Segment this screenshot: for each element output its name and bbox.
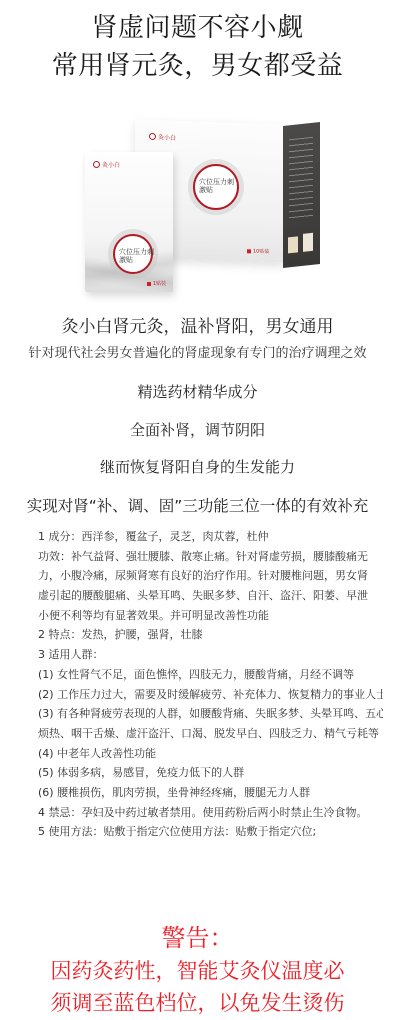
headline-line-2: 常用肾元灸，男女都受益 xyxy=(0,50,395,82)
spec-line: 力，小腹冷痛，尿频肾寒有良好的治疗作用。针对腰椎问题，男女肾 xyxy=(38,566,383,586)
box-seal-badge: 穴位压力刺激贴 xyxy=(193,164,239,210)
pouch-count-tag: 1贴装 xyxy=(147,280,166,287)
spec-line: (5) 体弱多病，易感冒，免疫力低下的人群 xyxy=(38,763,383,783)
product-specs: 1 成分：西洋参，覆盆子，灵芝，肉苁蓉，杜仲 功效：补气益肾、强壮腰膝、散寒止痛… xyxy=(38,527,383,842)
brand-logo-icon: 灸小白 xyxy=(149,132,176,142)
spec-line: 1 成分：西洋参，覆盆子，灵芝，肉苁蓉，杜仲 xyxy=(38,527,383,547)
product-box-side xyxy=(283,122,320,268)
intro-title: 灸小白肾元灸，温补肾阳，男女通用 xyxy=(0,312,395,337)
warning-title: 警告： xyxy=(0,918,395,953)
feature-line: 继而恢复肾阳自身的生发能力 xyxy=(0,456,395,477)
spec-line: (3) 有各种肾疲劳表现的人群，如腰酸背痛、失眠多梦、头晕耳鸣、五心 xyxy=(38,704,383,724)
headline-line-1: 肾虚问题不容小觑 xyxy=(0,12,395,44)
spec-line: (2) 工作压力过大，需要及时缓解疲劳、补充体力、恢复精力的事业人士 xyxy=(38,685,383,705)
box-count-tag: 10贴装 xyxy=(247,247,269,255)
feature-line: 实现对肾“补、调、固”三功能三位一体的有效补充 xyxy=(0,494,395,516)
warning-text-line-1: 因药灸药性，智能艾灸仪温度必 xyxy=(0,955,395,985)
spec-line: 小便不利等均有显著效果。并可明显改善性功能 xyxy=(38,606,383,626)
spec-line: 4 禁忌：孕妇及中药过敏者禁用。使用药粉后两小时禁止生冷食物。 xyxy=(38,803,383,823)
spec-line: (1) 女性肾气不足，面色憔悴，四肢无力，腰酸背痛，月经不调等 xyxy=(38,665,383,685)
spec-line: 功效：补气益肾、强壮腰膝、散寒止痛。针对肾虚劳损，腰膝酸痛无 xyxy=(38,547,383,567)
spec-line: 烦热、咽干舌燥、虚汗盗汗、口渴、脱发早白、四肢乏力、精气亏耗等 xyxy=(38,724,383,744)
spec-line: (4) 中老年人改善性功能 xyxy=(38,744,383,764)
spec-line: 3 适用人群： xyxy=(38,645,383,665)
pouch-seal-badge: 穴位压力刺激贴 xyxy=(113,234,153,274)
spec-line: 2 特点：发热，护腰，强肾，壮膝 xyxy=(38,625,383,645)
spec-line: 虚引起的腰酸腿痛、头晕耳鸣、失眠多梦、自汗、盗汗、阳萎、早泄 xyxy=(38,586,383,606)
patch-image-icon xyxy=(288,236,298,253)
intro-subtitle: 针对现代社会男女普遍化的肾虚现象有专门的治疗调理之效 xyxy=(0,342,395,361)
product-image: 灸小白 10贴装 穴位压力刺激贴 灸小白 1贴装 穴位压力刺激贴 xyxy=(75,122,320,292)
brand-logo-icon: 灸小白 xyxy=(93,160,120,169)
feature-line: 精选药材精华成分 xyxy=(0,381,395,402)
spec-line: (6) 腰椎损伤，肌肉劳损，坐骨神经疼痛，腰腿无力人群 xyxy=(38,783,383,803)
warning-text-line-2: 须调至蓝色档位，以免发生烫伤 xyxy=(0,987,395,1017)
body-figure-icon xyxy=(303,233,313,252)
feature-line: 全面补肾，调节阴阳 xyxy=(0,419,395,440)
spec-line: 5 使用方法：贴敷于指定穴位使用方法：贴敷于指定穴位; xyxy=(38,822,383,842)
